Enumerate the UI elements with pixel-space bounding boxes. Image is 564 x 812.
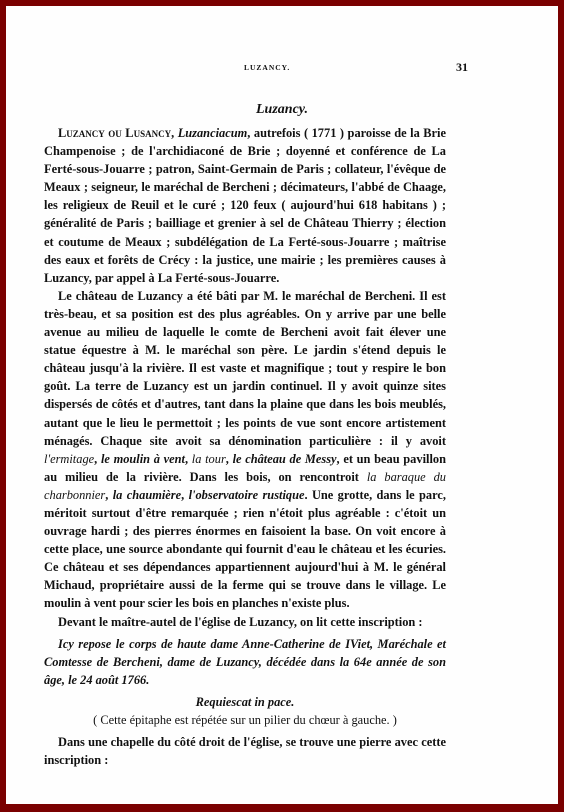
separator: , [94, 452, 101, 466]
paragraph-description: Luzancy ou Lusancy, Luzanciacum, autrefo… [44, 124, 446, 287]
document-page: LUZANCY. 31 Luzancy. Luzancy ou Lusancy,… [6, 6, 558, 804]
body-text: Luzancy ou Lusancy, Luzanciacum, autrefo… [44, 124, 446, 769]
site-name: la chaumière [113, 488, 181, 502]
site-name: l'observatoire rustique [189, 488, 305, 502]
site-name: le château de Messy [233, 452, 337, 466]
requiescat-line: Requiescat in pace. [44, 693, 446, 711]
separator: , [181, 488, 188, 502]
separator: , [226, 452, 233, 466]
separator: , [171, 126, 178, 140]
paragraph-text: , autrefois ( 1771 ) paroisse de la Brie… [44, 126, 446, 285]
separator: , [185, 452, 192, 466]
site-name: la tour [192, 452, 226, 466]
latin-name: Luzanciacum [178, 126, 248, 140]
site-name: le moulin à vent [101, 452, 185, 466]
place-name: Luzancy ou Lusancy [58, 126, 171, 140]
paragraph-text: . Une grotte, dans le parc, méritoit sur… [44, 488, 446, 611]
paragraph-text: Le château de Luzancy a été bâti par M. … [44, 289, 446, 448]
site-name: l'ermitage [44, 452, 94, 466]
page-number: 31 [456, 60, 468, 75]
paragraph-chateau: Le château de Luzancy a été bâti par M. … [44, 287, 446, 613]
running-head: LUZANCY. 31 [6, 63, 558, 77]
section-heading: Luzancy. [6, 102, 558, 118]
epitaph-note: ( Cette épitaphe est répétée sur un pili… [44, 711, 446, 729]
paragraph-inscription-intro: Devant le maître-autel de l'église de Lu… [44, 613, 446, 631]
paragraph-chapel: Dans une chapelle du côté droit de l'égl… [44, 733, 446, 769]
epitaph: Icy repose le corps de haute dame Anne-C… [44, 635, 446, 689]
separator: , [105, 488, 112, 502]
running-title: LUZANCY. [244, 63, 290, 72]
